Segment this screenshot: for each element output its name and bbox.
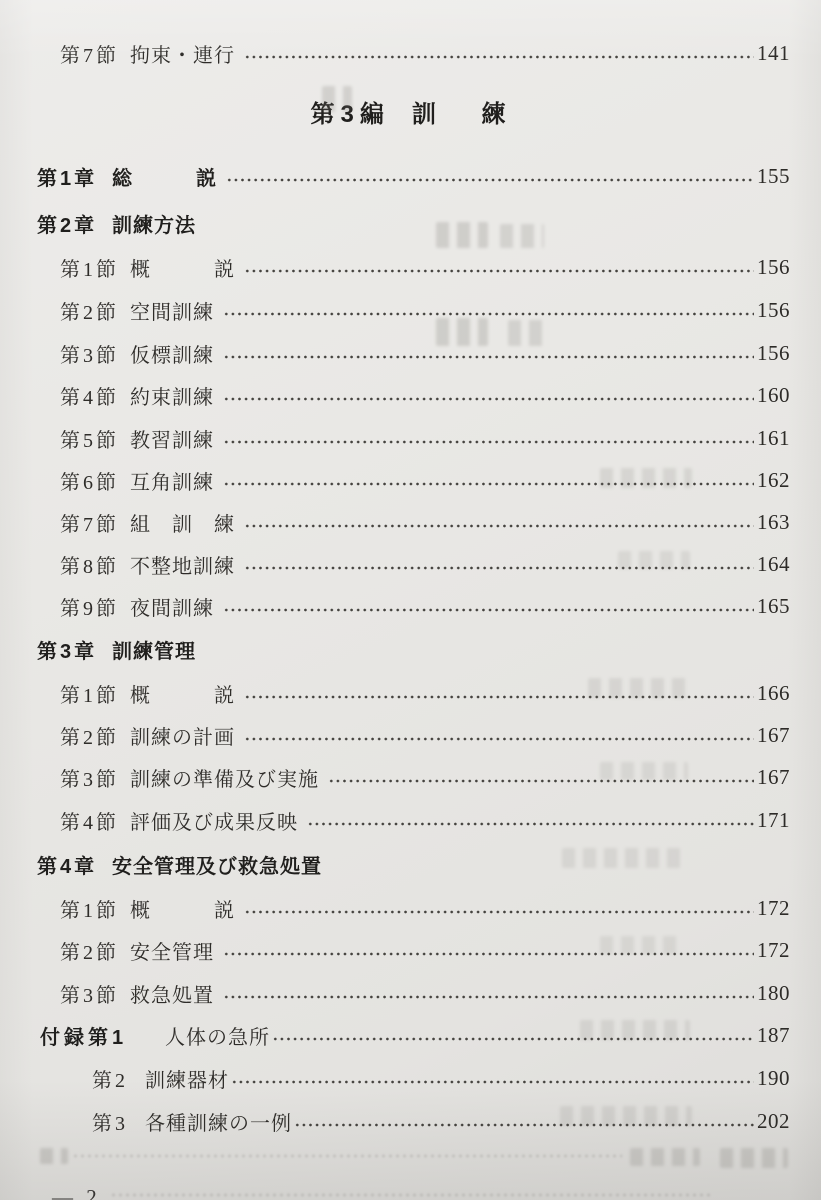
dot-leader — [307, 821, 754, 827]
dot-leader — [223, 311, 754, 317]
entry-page-number: 167 — [757, 723, 790, 748]
entry-label: 第2節 — [60, 936, 130, 965]
entry-page-number: 156 — [757, 341, 790, 366]
bleed-through-ghost — [588, 678, 688, 698]
bleed-through-ghost — [630, 1148, 700, 1166]
toc-entry-row: 第2節訓練の計画167 — [60, 722, 790, 748]
part-heading-title: 訓 練 — [412, 101, 511, 128]
entry-title: 総 説 — [112, 162, 217, 191]
entry-label: 第8節 — [60, 550, 130, 579]
bleed-through-ghost — [618, 551, 690, 569]
entry-page-number: 141 — [757, 41, 790, 66]
entry-label: 第3 — [92, 1107, 145, 1136]
entry-title: 約束訓練 — [130, 381, 214, 410]
toc-entry-row: 第5節教習訓練161 — [60, 425, 790, 451]
entry-label: 第2 — [92, 1064, 145, 1093]
dot-leader — [223, 396, 754, 402]
entry-label: 第2節 — [60, 721, 130, 750]
entry-title: 組 訓 練 — [130, 508, 235, 537]
bleed-through-ghost-leader — [110, 1192, 710, 1198]
dot-leader — [223, 439, 754, 445]
entry-page-number: 180 — [757, 981, 790, 1006]
entry-title: 訓練の準備及び実施 — [130, 763, 319, 792]
entry-label: 第1章 — [37, 162, 112, 191]
entry-page-number: 167 — [757, 765, 790, 790]
bleed-through-ghost-leader — [72, 1153, 622, 1159]
toc-entry-row: 第2節安全管理172 — [60, 937, 790, 963]
dot-leader — [223, 994, 754, 1000]
toc-entry-row: 第1節概 説172 — [60, 895, 790, 921]
entry-title: 空間訓練 — [130, 296, 214, 325]
entry-title: 安全管理 — [130, 936, 214, 965]
dot-leader — [244, 268, 754, 274]
entry-title: 訓練器材 — [145, 1064, 229, 1093]
entry-title: 訓練方法 — [112, 209, 196, 238]
entry-label: 第3節 — [60, 979, 130, 1008]
entry-page-number: 163 — [757, 510, 790, 535]
toc-chapter-row: 第2章訓練方法 — [37, 210, 790, 236]
entry-title: 評価及び成果反映 — [130, 806, 298, 835]
entry-page-number: 202 — [757, 1109, 790, 1134]
entry-page-number: 156 — [757, 255, 790, 280]
entry-label: 第2章 — [37, 209, 112, 238]
dot-leader — [226, 177, 754, 183]
toc-page: 第3編訓 練 第7節拘束・連行141第1章総 説155第2章訓練方法第1節概 説… — [0, 0, 821, 1200]
page-footer-partial: ― 2 — [52, 1186, 101, 1200]
bleed-through-ghost — [600, 762, 688, 780]
entry-page-number: 172 — [757, 938, 790, 963]
toc-entry-row: 第7節組 訓 練163 — [60, 509, 790, 535]
toc-entry-row: 第4節約束訓練160 — [60, 382, 790, 408]
entry-page-number: 165 — [757, 594, 790, 619]
entry-page-number: 190 — [757, 1066, 790, 1091]
bleed-through-ghost — [436, 318, 488, 346]
toc-chapter-row: 第3章訓練管理 — [37, 636, 790, 662]
toc-entry-row: 第3節仮標訓練156 — [60, 340, 790, 366]
entry-label: 付録第1 — [40, 1021, 165, 1050]
entry-page-number: 171 — [757, 808, 790, 833]
bleed-through-ghost — [600, 468, 692, 488]
dot-leader — [244, 909, 754, 915]
toc-chapter-row: 第1章総 説155 — [37, 163, 790, 189]
entry-title: 安全管理及び救急処置 — [112, 850, 322, 879]
dot-leader — [244, 54, 754, 60]
toc-entry-row: 第9節夜間訓練165 — [60, 593, 790, 619]
entry-title: 不整地訓練 — [130, 550, 235, 579]
entry-label: 第3節 — [60, 339, 130, 368]
entry-title: 概 説 — [130, 679, 235, 708]
toc-entry-row: 第4節評価及び成果反映171 — [60, 807, 790, 833]
entry-page-number: 172 — [757, 896, 790, 921]
entry-label: 第7節 — [60, 39, 130, 68]
entry-label: 第4節 — [60, 806, 130, 835]
entry-page-number: 161 — [757, 426, 790, 451]
dot-leader — [244, 523, 754, 529]
bleed-through-ghost — [600, 936, 680, 954]
entry-page-number: 156 — [757, 298, 790, 323]
bleed-through-ghost — [580, 1020, 690, 1040]
entry-label: 第1節 — [60, 253, 130, 282]
entry-title: 訓練管理 — [112, 635, 196, 664]
entry-title: 訓練の計画 — [130, 721, 235, 750]
entry-label: 第9節 — [60, 592, 130, 621]
entry-label: 第2節 — [60, 296, 130, 325]
entry-label: 第4節 — [60, 381, 130, 410]
entry-page-number: 160 — [757, 383, 790, 408]
entry-title: 互角訓練 — [130, 466, 214, 495]
entry-label: 第1節 — [60, 894, 130, 923]
entry-label: 第3節 — [60, 763, 130, 792]
entry-title: 仮標訓練 — [130, 339, 214, 368]
part-heading: 第3編訓 練 — [0, 98, 821, 132]
entry-label: 第6節 — [60, 466, 130, 495]
dot-leader — [231, 1079, 754, 1085]
bleed-through-ghost — [720, 1148, 788, 1168]
entry-page-number: 166 — [757, 681, 790, 706]
bleed-through-ghost — [508, 320, 548, 346]
entry-title: 夜間訓練 — [130, 592, 214, 621]
entry-label: 第1節 — [60, 679, 130, 708]
entry-page-number: 162 — [757, 468, 790, 493]
entry-title: 教習訓練 — [130, 424, 214, 453]
entry-title: 概 説 — [130, 894, 235, 923]
entry-label: 第5節 — [60, 424, 130, 453]
toc-entry-row: 第7節拘束・連行141 — [60, 40, 790, 66]
entry-page-number: 187 — [757, 1023, 790, 1048]
entry-label: 第7節 — [60, 508, 130, 537]
bleed-through-ghost — [562, 848, 682, 868]
entry-label: 第3章 — [37, 635, 112, 664]
bleed-through-ghost — [500, 224, 544, 248]
entry-page-number: 155 — [757, 164, 790, 189]
entry-title: 人体の急所 — [165, 1021, 270, 1050]
entry-page-number: 164 — [757, 552, 790, 577]
dot-leader — [328, 778, 754, 784]
entry-title: 救急処置 — [130, 979, 214, 1008]
toc-entry-row: 第2節空間訓練156 — [60, 297, 790, 323]
entry-title: 各種訓練の一例 — [145, 1107, 292, 1136]
entry-title: 概 説 — [130, 253, 235, 282]
toc-entry-row: 第3節救急処置180 — [60, 980, 790, 1006]
toc-entry-row: 第1節概 説156 — [60, 254, 790, 280]
bleed-through-ghost — [560, 1106, 692, 1126]
toc-entry-row: 第2訓練器材190 — [92, 1065, 790, 1091]
dot-leader — [223, 354, 754, 360]
entry-title: 拘束・連行 — [130, 39, 235, 68]
dot-leader — [244, 736, 754, 742]
bleed-through-ghost — [40, 1148, 68, 1164]
bleed-through-ghost — [322, 86, 352, 112]
dot-leader — [223, 607, 754, 613]
bleed-through-ghost — [436, 222, 488, 248]
entry-label: 第4章 — [37, 850, 112, 879]
